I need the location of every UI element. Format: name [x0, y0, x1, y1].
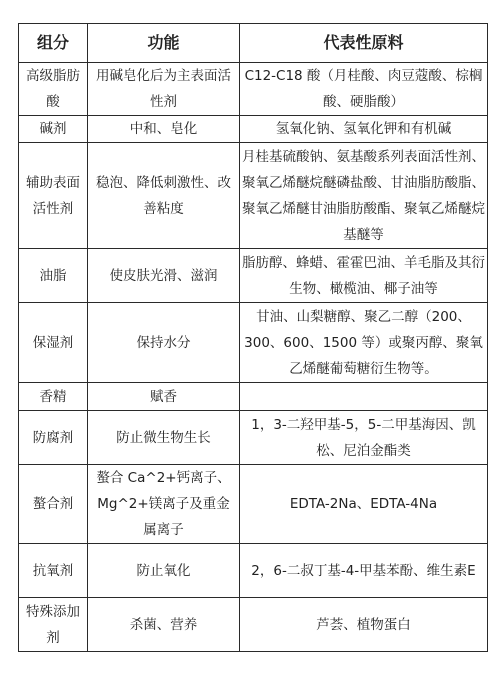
function-cell: 赋香: [88, 383, 240, 411]
ingredients-cell: 2，6-二叔丁基-4-甲基苯酚、维生素E: [240, 544, 488, 598]
ingredients-cell: EDTA-2Na、EDTA-4Na: [240, 465, 488, 544]
table-row: 辅助表面活性剂稳泡、降低刺激性、改善粘度月桂基硫酸钠、氨基酸系列表面活性剂、聚氧…: [19, 143, 488, 249]
ingredients-cell: 月桂基硫酸钠、氨基酸系列表面活性剂、聚氧乙烯醚烷醚磷盐酸、甘油脂肪酸脂、聚氧乙烯…: [240, 143, 488, 249]
ingredients-cell: 甘油、山梨糖醇、聚乙二醇（200、300、600、1500 等）或聚丙醇、聚氧乙…: [240, 303, 488, 383]
function-cell: 稳泡、降低刺激性、改善粘度: [88, 143, 240, 249]
header-ingredients: 代表性原料: [240, 24, 488, 63]
table-row: 螯合剂螯合 Ca^2+钙离子、Mg^2+镁离子及重金属离子EDTA-2Na、ED…: [19, 465, 488, 544]
function-cell: 使皮肤光滑、滋润: [88, 249, 240, 303]
component-cell: 辅助表面活性剂: [19, 143, 88, 249]
function-cell: 杀菌、营养: [88, 598, 240, 652]
ingredients-cell: 氢氧化钠、氢氧化钾和有机碱: [240, 116, 488, 143]
table-row: 保湿剂保持水分甘油、山梨糖醇、聚乙二醇（200、300、600、1500 等）或…: [19, 303, 488, 383]
component-cell: 抗氧剂: [19, 544, 88, 598]
function-cell: 防止微生物生长: [88, 411, 240, 465]
component-cell: 香精: [19, 383, 88, 411]
header-row: 组分 功能 代表性原料: [19, 24, 488, 63]
table-row: 油脂使皮肤光滑、滋润脂肪醇、蜂蜡、霍霍巴油、羊毛脂及其衍生物、橄榄油、椰子油等: [19, 249, 488, 303]
function-cell: 中和、皂化: [88, 116, 240, 143]
ingredients-cell: 芦荟、植物蛋白: [240, 598, 488, 652]
function-cell: 保持水分: [88, 303, 240, 383]
component-cell: 油脂: [19, 249, 88, 303]
table-row: 抗氧剂防止氧化2，6-二叔丁基-4-甲基苯酚、维生素E: [19, 544, 488, 598]
cosmetic-components-table: 组分 功能 代表性原料 高级脂肪酸用碱皂化后为主表面活性剂C12-C18 酸（月…: [18, 23, 488, 652]
header-function: 功能: [88, 24, 240, 63]
table-row: 高级脂肪酸用碱皂化后为主表面活性剂C12-C18 酸（月桂酸、肉豆蔻酸、棕榈酸、…: [19, 63, 488, 116]
component-cell: 螯合剂: [19, 465, 88, 544]
component-cell: 防腐剂: [19, 411, 88, 465]
table-row: 香精赋香: [19, 383, 488, 411]
ingredients-cell: 脂肪醇、蜂蜡、霍霍巴油、羊毛脂及其衍生物、橄榄油、椰子油等: [240, 249, 488, 303]
function-cell: 螯合 Ca^2+钙离子、Mg^2+镁离子及重金属离子: [88, 465, 240, 544]
function-cell: 防止氧化: [88, 544, 240, 598]
table-row: 碱剂中和、皂化氢氧化钠、氢氧化钾和有机碱: [19, 116, 488, 143]
component-cell: 高级脂肪酸: [19, 63, 88, 116]
header-component: 组分: [19, 24, 88, 63]
table-row: 特殊添加剂杀菌、营养芦荟、植物蛋白: [19, 598, 488, 652]
component-cell: 保湿剂: [19, 303, 88, 383]
ingredients-cell: [240, 383, 488, 411]
component-cell: 碱剂: [19, 116, 88, 143]
table-row: 防腐剂防止微生物生长1，3-二羟甲基-5，5-二甲基海因、凯松、尼泊金酯类: [19, 411, 488, 465]
function-cell: 用碱皂化后为主表面活性剂: [88, 63, 240, 116]
component-cell: 特殊添加剂: [19, 598, 88, 652]
ingredients-cell: 1，3-二羟甲基-5，5-二甲基海因、凯松、尼泊金酯类: [240, 411, 488, 465]
ingredients-cell: C12-C18 酸（月桂酸、肉豆蔻酸、棕榈酸、硬脂酸）: [240, 63, 488, 116]
